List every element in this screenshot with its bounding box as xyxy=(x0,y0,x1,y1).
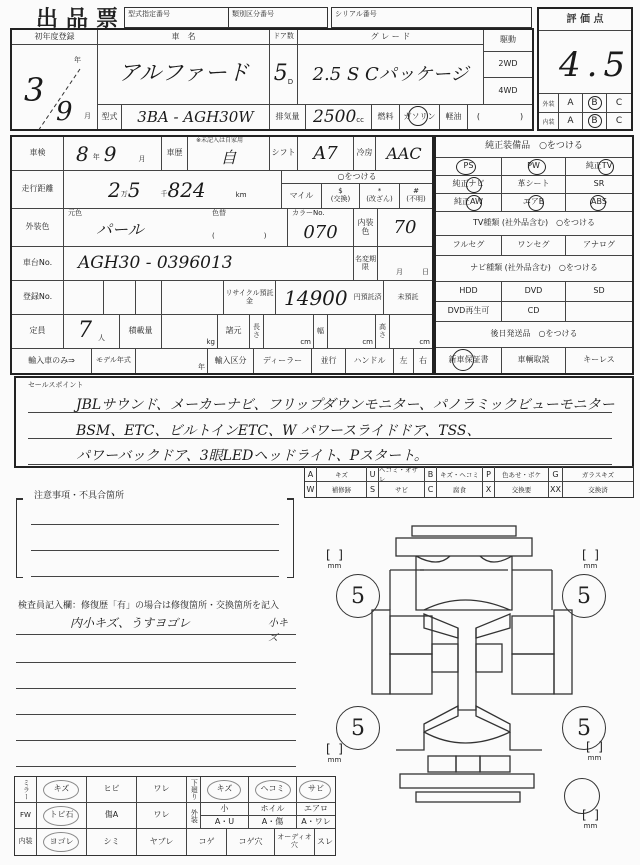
import-category-label: 輸入区分 xyxy=(208,349,254,373)
legend-code: B xyxy=(425,467,437,481)
int-audio-hole[interactable]: オーディオ穴 xyxy=(275,829,315,855)
legend-code: P xyxy=(483,467,495,481)
legend-code: C xyxy=(425,482,437,497)
score-value[interactable]: 4.5 xyxy=(559,45,631,85)
legend-desc: 色あせ・ボケ xyxy=(495,467,549,481)
color-no-label: カラーNo. xyxy=(292,210,325,218)
usage-note: ※未記入は自家用 xyxy=(196,138,243,145)
sales-point-line-1[interactable]: JBLサウンド、メーカーナビ、フリップダウンモニター、パノラミックビューモニター xyxy=(76,394,615,414)
doors-suffix: D xyxy=(288,79,293,87)
int-burn-hole[interactable]: コゲ穴 xyxy=(227,829,275,855)
aircon-label: 冷房 xyxy=(354,137,376,171)
capacity-field[interactable]: 7 人 xyxy=(64,315,120,349)
model-year-unit: 年 xyxy=(198,364,205,372)
chassis-label: 車台No. xyxy=(12,247,64,281)
mirror-crack-line[interactable]: ヒビ xyxy=(87,777,137,803)
height-field[interactable]: cm xyxy=(390,315,432,349)
reg-no-field-4[interactable] xyxy=(162,281,224,315)
int-tear[interactable]: ヤブレ xyxy=(137,829,187,855)
bracket-corner xyxy=(17,498,23,500)
details-block: 車検 8 年 9 月 車歴 ※未記入は自家用 自 シフト A7 冷房 AAC 走… xyxy=(10,135,434,375)
legend-code: XX xyxy=(549,482,563,497)
car-damage-diagram[interactable]: 5 5 5 5 [ ]mm [ ]mm [ ]mm [ ]mm [ ]mm xyxy=(320,510,620,860)
selected-circle-icon xyxy=(588,96,602,110)
sales-points-box: セールスポイント JBLサウンド、メーカーナビ、フリップダウンモニター、パノラミ… xyxy=(14,376,634,468)
vehicle-info-block: 初年度登録 年 月 3 9 車 名 アルファード ドア数 5D グ レ ー ド … xyxy=(10,28,534,131)
score-box: 評 価 点 4.5 外装 A B C 内装 A B C xyxy=(537,7,633,131)
capacity-unit: 人 xyxy=(98,335,105,343)
legend-code: U xyxy=(367,467,379,481)
navi-blank[interactable] xyxy=(566,302,632,322)
mileage-man-unit: 万 xyxy=(121,191,128,199)
selected-circle-icon xyxy=(43,832,79,852)
legend-row-1: A キズ U ヘコミ・オサレ B キズ・ヘコミ P 色あせ・ボケ G ガラスキズ xyxy=(305,467,633,482)
notes-area[interactable] xyxy=(16,498,294,578)
notes-line xyxy=(31,524,279,525)
inspector-area[interactable]: 内小キズ、うすヨゴレ 小キズ xyxy=(16,612,296,772)
tire-mm-spare: [ ]mm xyxy=(582,808,599,830)
tire-mm-rear-right: [ ]mm xyxy=(586,740,603,762)
int-stain[interactable]: シミ xyxy=(87,829,137,855)
recycle-not-deposited[interactable]: 未預託 xyxy=(384,281,432,315)
navi-hdd[interactable]: HDD xyxy=(436,282,502,302)
mm-unit: mm xyxy=(326,756,343,764)
spec-label: 諸元 xyxy=(218,315,250,349)
length-field[interactable]: cm xyxy=(264,315,314,349)
tire-mm-front-left: [ ]mm xyxy=(326,548,343,570)
equip-leather[interactable]: 革シート xyxy=(502,176,566,194)
first-reg-label: 初年度登録 xyxy=(12,30,98,45)
navi-sd[interactable]: SD xyxy=(566,282,632,302)
category-label: 類別区分番号 xyxy=(232,9,274,19)
model-label: 型式 xyxy=(98,105,122,129)
mileage-option-exchanged[interactable]: $ (交換) xyxy=(322,184,360,209)
mileage-option-mile[interactable]: マイル xyxy=(282,184,322,209)
sales-point-line-2[interactable]: BSM、ETC、ビルトインETC、W パワースライドドア、TSS、 xyxy=(76,420,481,440)
handle-right[interactable]: 右 xyxy=(414,349,432,373)
interior-grade-row: 内装 A B C xyxy=(539,112,631,129)
length-label: 長さ xyxy=(250,315,264,349)
inspection-field[interactable]: 8 年 9 月 xyxy=(64,137,162,171)
score-label: 評 価 点 xyxy=(539,9,631,31)
interior-color-label: 内装色 xyxy=(354,209,378,247)
selected-circle-icon xyxy=(207,780,241,800)
selected-circle-icon xyxy=(528,195,544,211)
selected-circle-icon xyxy=(590,195,606,211)
legend-code: X xyxy=(483,482,495,497)
legend-desc: ヘコミ・オサレ xyxy=(379,467,425,481)
serial-field[interactable]: シリアル番号 xyxy=(331,7,532,28)
category-field[interactable]: 類別区分番号 xyxy=(228,7,328,28)
selected-circle-icon xyxy=(466,195,482,211)
capacity-value: 7 xyxy=(78,319,92,343)
inspection-year-unit: 年 xyxy=(93,154,100,162)
handle-label: ハンドル xyxy=(346,349,394,373)
interior-grade-a[interactable]: A xyxy=(559,113,583,129)
mileage-rest: 824 xyxy=(167,179,205,201)
inspector-line xyxy=(16,688,296,689)
inspector-label: 検査員記入欄：修復歴「有」の場合は修復箇所・交換箇所を記入 xyxy=(18,598,279,611)
interior-grade-b[interactable]: B xyxy=(583,113,607,129)
tire-mm-rear-left: [ ]mm xyxy=(326,742,343,764)
width-label: 幅 xyxy=(314,315,328,349)
exterior-grade-row: 外装 A B C xyxy=(539,93,631,112)
model-year-field[interactable]: 年 xyxy=(136,349,208,373)
legend-row-2: W 補修跡 S サビ C 腐食 X 交換要 XX 交換済 xyxy=(305,482,633,497)
fw-header: FW xyxy=(15,803,37,829)
underbody-header: 下廻り xyxy=(187,777,201,803)
name-change-label: 名変期限 xyxy=(354,247,378,281)
shift-label: シフト xyxy=(270,137,298,171)
selected-circle-icon xyxy=(43,780,79,800)
later-keyless[interactable]: キーレス xyxy=(566,348,632,373)
doors-value: 5 xyxy=(274,62,288,86)
fw-break[interactable]: ワレ xyxy=(137,803,187,829)
bracket-corner xyxy=(17,577,23,579)
capacity-label: 定員 xyxy=(12,315,64,349)
ext-small: 小 xyxy=(201,803,249,816)
car-name-value[interactable]: アルファード xyxy=(98,45,270,105)
selected-circle-icon xyxy=(452,349,474,371)
legend-desc: 交換要 xyxy=(495,482,549,497)
drive-2wd[interactable]: 2WD xyxy=(484,52,532,78)
interior-header: 内装 xyxy=(15,829,37,855)
tire-depth-value: 5 xyxy=(351,584,365,609)
drive-4wd[interactable]: 4WD xyxy=(484,78,532,105)
load-field[interactable]: kg xyxy=(162,315,218,349)
inspector-line xyxy=(16,662,296,663)
import-parallel[interactable]: 並行 xyxy=(312,349,346,373)
bracket-corner xyxy=(287,498,293,500)
mileage-sen: 5 xyxy=(128,179,141,201)
mm-unit: mm xyxy=(586,754,603,762)
interior-color-value[interactable]: 70 xyxy=(378,209,432,247)
inspector-line xyxy=(16,766,296,767)
legend-code: A xyxy=(305,467,317,481)
aircon-value[interactable]: AAC xyxy=(376,137,432,171)
legend-desc: 交換済 xyxy=(563,482,633,497)
name-change-field[interactable]: 月 日 xyxy=(378,247,432,281)
selected-circle-icon xyxy=(598,159,614,175)
mm-unit: mm xyxy=(582,562,599,570)
mileage-field[interactable]: 2 万 5 千 824 km xyxy=(64,171,282,209)
load-label: 積載量 xyxy=(120,315,162,349)
navi-title: ナビ種類 (社外品含む) ○をつける xyxy=(436,256,632,282)
height-unit: cm xyxy=(419,339,430,347)
interior-label: 内装 xyxy=(539,113,559,129)
mirror-header: ミラー xyxy=(15,777,37,803)
mileage-label: 走行距離 xyxy=(12,171,64,209)
usage-field[interactable]: ※未記入は自家用 自 xyxy=(188,137,270,171)
shade-label: 色替 xyxy=(212,210,226,218)
color-no-field[interactable]: カラーNo. 070 xyxy=(288,209,354,247)
inspector-line-1-right: 小キズ xyxy=(268,614,296,644)
equipment-block: 純正装備品 ○をつける PS PW 純正TV 純正ナビ 革シート SR 純正AW… xyxy=(434,135,634,375)
selected-circle-icon xyxy=(255,780,291,800)
exterior-color-value: パール xyxy=(96,221,144,239)
serial-label: シリアル番号 xyxy=(335,9,377,19)
chassis-value[interactable]: AGH30 - 0396013 xyxy=(64,247,354,281)
tv-title: TV種類 (社外品含む) ○をつける xyxy=(436,212,632,236)
legend-code: S xyxy=(367,482,379,497)
tv-fullseg[interactable]: フルセグ xyxy=(436,236,502,256)
legend-desc: 補修跡 xyxy=(317,482,367,497)
fuel-gasoline[interactable]: ガソリン xyxy=(400,105,440,129)
drive-label: 駆動 xyxy=(484,30,532,52)
legend-desc: 腐食 xyxy=(437,482,483,497)
legend-desc: ガラスキズ xyxy=(563,467,633,481)
mileage-unit: km xyxy=(236,192,247,200)
selected-circle-icon xyxy=(528,159,546,175)
notes-line xyxy=(31,576,279,577)
condition-table: ミラー キズ ヒビ ワレ 下廻り キズ ヘコミ サビ FW トビ石 傷A ワレ … xyxy=(14,776,336,856)
equipment-title: 純正装備品 ○をつける xyxy=(436,137,632,158)
exterior-grade-b[interactable]: B xyxy=(583,94,607,112)
fuel-other[interactable]: ( ) xyxy=(468,105,532,129)
type-designation-label: 型式指定番号 xyxy=(128,9,170,19)
name-change-month: 月 xyxy=(396,269,403,277)
exterior-color-label: 外装色 xyxy=(12,209,64,247)
mileage-mark-label: ○をつける xyxy=(282,171,432,184)
navi-dvd[interactable]: DVD xyxy=(502,282,566,302)
reg-no-field-3[interactable] xyxy=(136,281,162,315)
ext-small-au[interactable]: A・U xyxy=(201,816,249,829)
recycle-field[interactable]: 14900 円預託済 xyxy=(276,281,384,315)
damage-legend: A キズ U ヘコミ・オサレ B キズ・ヘコミ P 色あせ・ボケ G ガラスキズ… xyxy=(304,466,634,498)
sales-point-line-3[interactable]: パワーバックドア、3眼LEDヘッドライト、Pスタート。 xyxy=(76,445,428,465)
date-divider-slash xyxy=(32,65,92,135)
shift-value[interactable]: A7 xyxy=(298,137,354,171)
inspector-line xyxy=(16,714,296,715)
doors-field[interactable]: 5D xyxy=(270,45,298,105)
ext-wheel: ホイル xyxy=(249,803,297,816)
selected-circle-icon xyxy=(456,159,476,175)
inspector-line xyxy=(16,740,296,741)
reg-no-field-1[interactable] xyxy=(64,281,104,315)
mm-unit: mm xyxy=(582,822,599,830)
import-dealer[interactable]: ディーラー xyxy=(254,349,312,373)
fuel-label: 燃料 xyxy=(372,105,400,129)
interior-grade-c[interactable]: C xyxy=(607,113,631,129)
reg-no-label: 登録No. xyxy=(12,281,64,315)
reg-no-field-2[interactable] xyxy=(104,281,136,315)
selected-circle-icon xyxy=(466,177,482,193)
shade-value: ( ) xyxy=(212,233,266,241)
fuel-diesel[interactable]: 軽油 xyxy=(440,105,468,129)
tire-depth-value: 5 xyxy=(351,716,365,741)
first-reg-field[interactable]: 年 月 3 9 xyxy=(12,45,98,129)
recycle-deposited: 円預託済 xyxy=(354,294,382,302)
mileage-option-tampered[interactable]: * (改ざん) xyxy=(360,184,400,209)
recycle-label: リサイクル預託金 xyxy=(224,281,276,315)
tire-front-left[interactable]: 5 xyxy=(336,574,380,618)
legend-code: G xyxy=(549,467,563,481)
exterior-grade-a[interactable]: A xyxy=(559,94,583,112)
inspection-label: 車検 xyxy=(12,137,64,171)
usage-value: 自 xyxy=(220,149,236,167)
mileage-man: 2 xyxy=(108,179,121,201)
displacement-unit: cc xyxy=(356,117,364,125)
legend-desc: キズ xyxy=(317,467,367,481)
model-value[interactable]: 3BA - AGH30W xyxy=(122,105,270,129)
tire-mm-front-right: [ ]mm xyxy=(582,548,599,570)
equip-sr[interactable]: SR xyxy=(566,176,632,194)
name-change-day: 日 xyxy=(422,269,429,277)
mm-unit: mm xyxy=(326,562,343,570)
navi-dvd-play[interactable]: DVD再生可 xyxy=(436,302,502,322)
selected-circle-icon xyxy=(408,106,428,126)
notes-line xyxy=(31,550,279,551)
import-label: 輸入車のみ⇒ xyxy=(12,349,92,373)
selected-circle-icon xyxy=(43,806,79,826)
displacement-value: 2500 xyxy=(313,108,356,127)
tire-depth-value: 5 xyxy=(577,716,591,741)
later-title: 後日発送品 ○をつける xyxy=(436,322,632,348)
grade-label: グ レ ー ド xyxy=(298,30,484,45)
height-label: 高さ xyxy=(376,315,390,349)
inspector-line-1: 内小キズ、うすヨゴレ xyxy=(70,614,190,631)
displacement-field[interactable]: 2500cc xyxy=(306,105,372,129)
mileage-option-unknown[interactable]: # (不明) xyxy=(400,184,432,209)
type-designation-field[interactable]: 型式指定番号 xyxy=(124,7,229,28)
color-no-value: 070 xyxy=(303,223,337,243)
exterior-color-field[interactable]: 元色 色替 パール ( ) xyxy=(64,209,288,247)
fw-scratch[interactable]: 傷A xyxy=(87,803,137,829)
year-label: 年 xyxy=(74,55,81,65)
model-year-label: モデル年式 xyxy=(92,349,136,373)
recycle-value: 14900 xyxy=(284,287,348,309)
inspection-year: 8 xyxy=(76,143,89,165)
tire-depth-value: 5 xyxy=(577,584,591,609)
legend-desc: サビ xyxy=(379,482,425,497)
handle-left[interactable]: 左 xyxy=(394,349,414,373)
int-burn[interactable]: コゲ xyxy=(187,829,227,855)
exterior-grade-c[interactable]: C xyxy=(607,94,631,112)
inspection-month-unit: 月 xyxy=(138,156,145,164)
displacement-label: 排気量 xyxy=(270,105,306,129)
car-name-label: 車 名 xyxy=(98,30,270,45)
inspector-line xyxy=(16,634,296,635)
inspection-month: 9 xyxy=(104,143,117,165)
tv-analog[interactable]: アナログ xyxy=(566,236,632,256)
width-unit: cm xyxy=(362,339,373,347)
selected-circle-icon xyxy=(588,114,602,128)
usage-label: 車歴 xyxy=(162,137,188,171)
mileage-sen-unit: 千 xyxy=(160,191,167,199)
legend-desc: キズ・ヘコミ xyxy=(437,467,483,481)
length-unit: cm xyxy=(300,339,311,347)
ext-wheel-a[interactable]: A・傷 xyxy=(249,816,297,829)
exterior-header: 外装 xyxy=(187,803,201,829)
sales-points-label: セールスポイント xyxy=(28,380,83,390)
width-field[interactable]: cm xyxy=(328,315,376,349)
grade-value[interactable]: 2.5 S Cパッケージ xyxy=(298,45,484,105)
later-manual[interactable]: 車輌取説 xyxy=(502,348,566,373)
load-unit: kg xyxy=(207,339,216,347)
doors-label: ドア数 xyxy=(270,30,298,45)
mirror-break[interactable]: ワレ xyxy=(137,777,187,803)
tv-oneseg[interactable]: ワンセグ xyxy=(502,236,566,256)
bracket-corner xyxy=(287,577,293,579)
tire-front-right[interactable]: 5 xyxy=(562,574,606,618)
legend-code: W xyxy=(305,482,317,497)
exterior-label: 外装 xyxy=(539,94,559,112)
navi-cd[interactable]: CD xyxy=(502,302,566,322)
original-color-label: 元色 xyxy=(68,210,82,218)
